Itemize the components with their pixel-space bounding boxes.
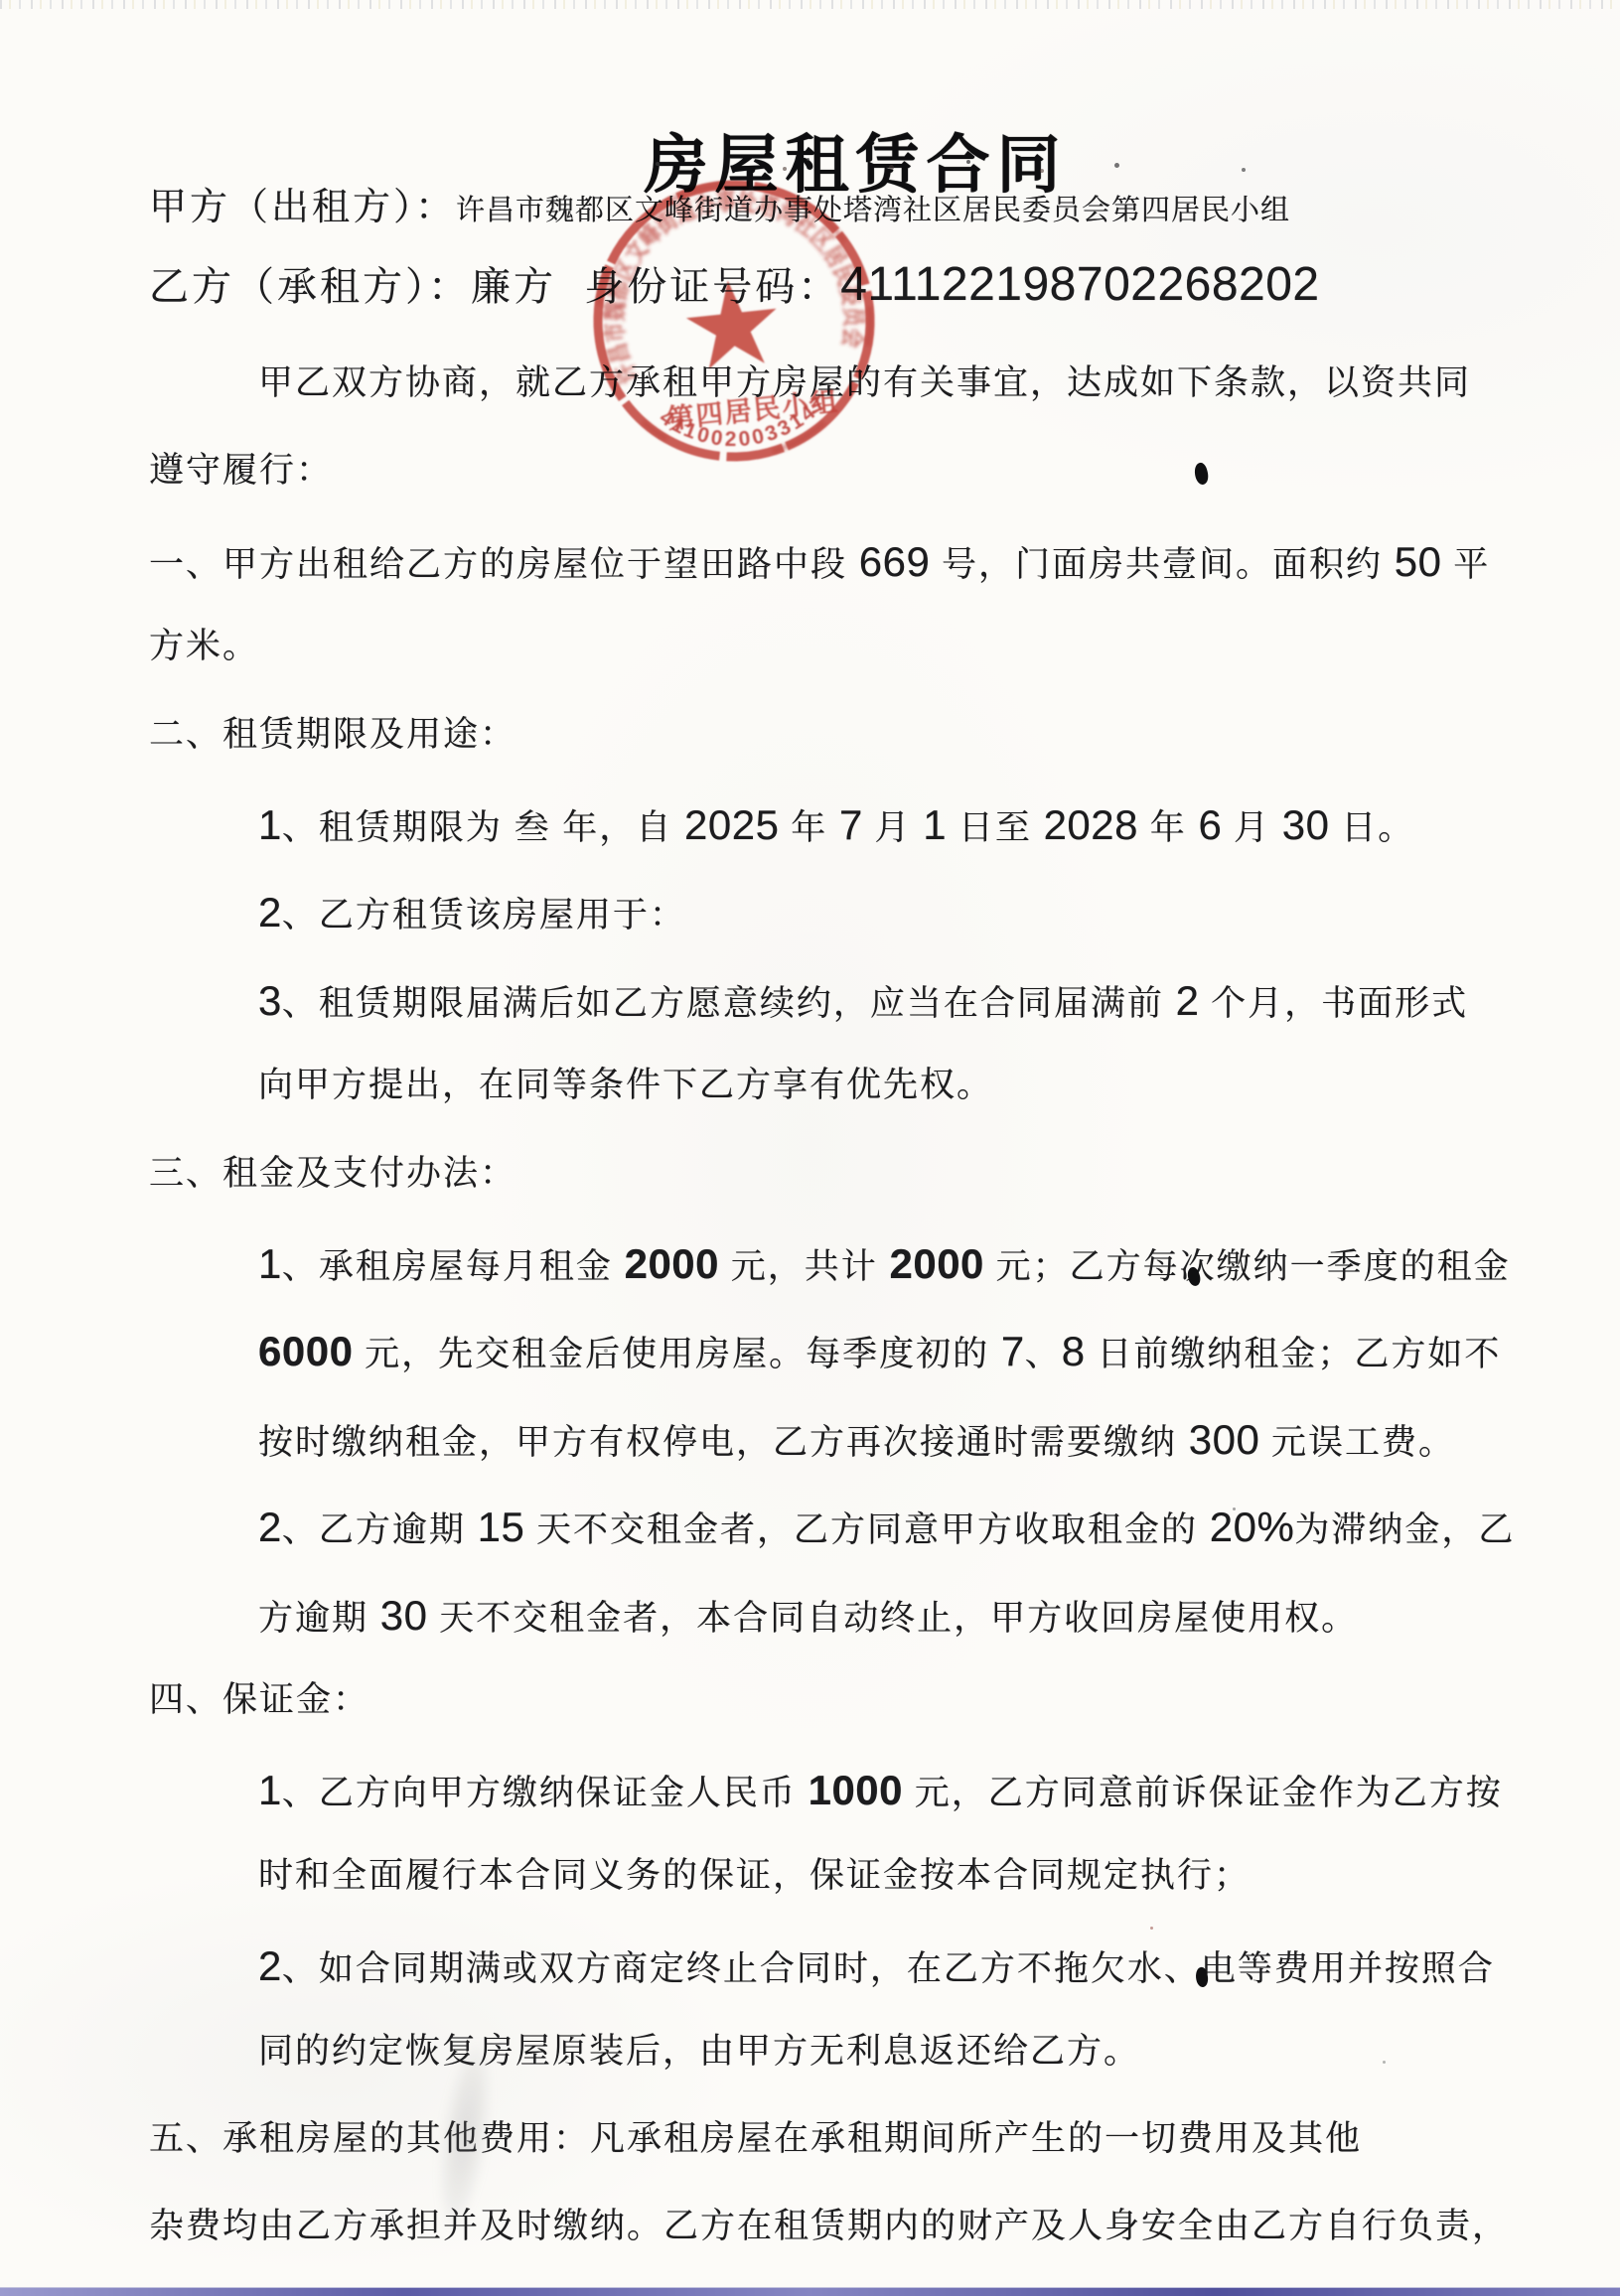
contract-line: 四、保证金： xyxy=(149,1682,369,1717)
contract-line: 甲方（出租方）：许昌市魏都区文峰街道办事处塔湾社区居民委员会第四居民小组 xyxy=(149,189,1290,226)
contract-line: 1、承租房屋每月租金 2000 元，共计 2000 元；乙方每次缴纳一季度的租金 xyxy=(258,1243,1511,1285)
contract-text: 二、租赁期限及用途： xyxy=(149,715,516,754)
contract-text: 3、租赁期限届满后如乙方愿意续约，应当在合同届满前 2 个月，书面形式 xyxy=(258,984,1468,1023)
contract-text: 四、保证金： xyxy=(149,1680,369,1719)
contract-text: 元，共计 xyxy=(719,1247,889,1286)
contract-line: 时和全面履行本合同义务的保证，保证金按本合同规定执行； xyxy=(258,1858,1251,1893)
contract-text: 按时缴纳租金，甲方有权停电，乙方再次接通时需要缴纳 300 元误工费。 xyxy=(258,1423,1455,1462)
contract-text: 1000 xyxy=(809,1774,903,1812)
contract-text: 6000 xyxy=(258,1335,353,1373)
contract-text: 1、乙方向甲方缴纳保证金人民币 xyxy=(258,1774,809,1812)
contract-line: 五、承租房屋的其他费用：凡承租房屋在承租期间所产生的一切费用及其他 xyxy=(149,2121,1362,2156)
contract-text: 五、承租房屋的其他费用：凡承租房屋在承租期间所产生的一切费用及其他 xyxy=(149,2119,1362,2158)
contract-line: 方逾期 30 天不交租金者，本合同自动终止，甲方收回房屋使用权。 xyxy=(258,1595,1358,1637)
scan-speck-artifact xyxy=(1233,1507,1236,1510)
contract-line: 向甲方提出，在同等条件下乙方享有优先权。 xyxy=(258,1068,993,1102)
contract-text: 2000 xyxy=(889,1247,983,1286)
contract-text: 2000 xyxy=(625,1247,719,1286)
scan-speck-artifact xyxy=(783,167,787,171)
contract-text: 1、租赁期限为 叁 年，自 2025 年 7 月 1 日至 2028 年 6 月… xyxy=(258,808,1414,847)
scan-speck-artifact xyxy=(1242,168,1246,172)
contract-line: 甲乙双方协商，就乙方承租甲方房屋的有关事宜，达成如下条款，以资共同 xyxy=(258,365,1471,400)
scan-speck-artifact xyxy=(1040,169,1044,173)
contract-line: 3、租赁期限届满后如乙方愿意续约，应当在合同届满前 2 个月，书面形式 xyxy=(258,980,1468,1022)
contract-line: 方米。 xyxy=(149,629,259,663)
contract-text: 甲方（出租方）： xyxy=(149,187,456,228)
contract-line: 2、乙方逾期 15 天不交租金者，乙方同意甲方收取租金的 20%为滞纳金，乙 xyxy=(258,1507,1515,1548)
contract-text: 方逾期 30 天不交租金者，本合同自动终止，甲方收回房屋使用权。 xyxy=(258,1599,1358,1638)
contract-text: 杂费均由乙方承担并及时缴纳。乙方在租赁期内的财产及人身安全由乙方自行负责， xyxy=(149,2207,1509,2245)
scan-speck-artifact xyxy=(1114,163,1119,168)
contract-text: 遵守履行： xyxy=(149,451,333,490)
contract-line: 6000 元，先交租金后使用房屋。每季度初的 7、8 日前缴纳租金；乙方如不 xyxy=(258,1331,1501,1372)
scan-speck-artifact xyxy=(807,158,810,161)
contract-text: 元；乙方每次缴纳一季度的租金 xyxy=(984,1247,1511,1286)
contract-text: 乙方（承租方）：廉方 身份证号码：411122198702268202 xyxy=(149,265,1320,309)
scan-speck-artifact xyxy=(656,162,660,166)
contract-text: 时和全面履行本合同义务的保证，保证金按本合同规定执行； xyxy=(258,1856,1251,1895)
scan-speck-artifact xyxy=(1383,2061,1386,2064)
contract-line: 一、甲方出租给乙方的房屋位于望田路中段 669 号，门面房共壹间。面积约 50 … xyxy=(149,541,1490,583)
contract-text: 一、甲方出租给乙方的房屋位于望田路中段 669 号，门面房共壹间。面积约 50 … xyxy=(149,545,1490,584)
contract-text: 甲乙双方协商，就乙方承租甲方房屋的有关事宜，达成如下条款，以资共同 xyxy=(258,363,1471,402)
contract-text: 元，先交租金后使用房屋。每季度初的 7、8 日前缴纳租金；乙方如不 xyxy=(353,1335,1501,1373)
scan-speck-artifact xyxy=(1150,1927,1153,1930)
contract-text: 同的约定恢复房屋原装后，由甲方无利息返还给乙方。 xyxy=(258,2032,1140,2071)
contract-text: 方米。 xyxy=(149,627,259,665)
contract-line: 杂费均由乙方承担并及时缴纳。乙方在租赁期内的财产及人身安全由乙方自行负责， xyxy=(149,2209,1509,2243)
contract-text: 2、乙方租赁该房屋用于： xyxy=(258,896,686,934)
contract-line: 2、如合同期满或双方商定终止合同时，在乙方不拖欠水、电等费用并按照合 xyxy=(258,1945,1495,1987)
contract-text: 向甲方提出，在同等条件下乙方享有优先权。 xyxy=(258,1066,993,1104)
contract-line: 同的约定恢复房屋原装后，由甲方无利息返还给乙方。 xyxy=(258,2034,1140,2069)
contract-text: 三、租金及支付办法： xyxy=(149,1154,516,1193)
scan-bottom-edge xyxy=(0,2287,1620,2296)
contract-text: 1、承租房屋每月租金 xyxy=(258,1247,625,1286)
scan-speck-artifact xyxy=(966,160,970,164)
ink-blot-artifact xyxy=(1192,462,1210,487)
contract-line: 1、乙方向甲方缴纳保证金人民币 1000 元，乙方同意前诉保证金作为乙方按 xyxy=(258,1770,1503,1811)
contract-text: 许昌市魏都区文峰街道办事处塔湾社区居民委员会第四居民小组 xyxy=(456,195,1290,226)
contract-line: 遵守履行： xyxy=(149,453,333,488)
contract-line: 按时缴纳租金，甲方有权停电，乙方再次接通时需要缴纳 300 元误工费。 xyxy=(258,1419,1455,1461)
scan-edge-artifact xyxy=(0,0,1620,9)
contract-text: 2、乙方逾期 15 天不交租金者，乙方同意甲方收取租金的 20%为滞纳金，乙 xyxy=(258,1510,1515,1549)
contract-line: 1、租赁期限为 叁 年，自 2025 年 7 月 1 日至 2028 年 6 月… xyxy=(258,804,1414,846)
contract-line: 乙方（承租方）：廉方 身份证号码：411122198702268202 xyxy=(149,261,1320,309)
contract-text: 元，乙方同意前诉保证金作为乙方按 xyxy=(903,1774,1503,1812)
contract-line: 2、乙方租赁该房屋用于： xyxy=(258,892,686,933)
scan-speck-artifact xyxy=(604,1349,608,1353)
contract-line: 二、租赁期限及用途： xyxy=(149,717,516,752)
contract-line: 三、租金及支付办法： xyxy=(149,1156,516,1191)
scan-speck-artifact xyxy=(889,165,894,170)
contract-page: 房屋租赁合同 甲方（出租方）：许昌市魏都区文峰街道办事处塔湾社区居民委员会第四居… xyxy=(0,0,1620,2296)
contract-text: 2、如合同期满或双方商定终止合同时，在乙方不拖欠水、电等费用并按照合 xyxy=(258,1949,1495,1988)
